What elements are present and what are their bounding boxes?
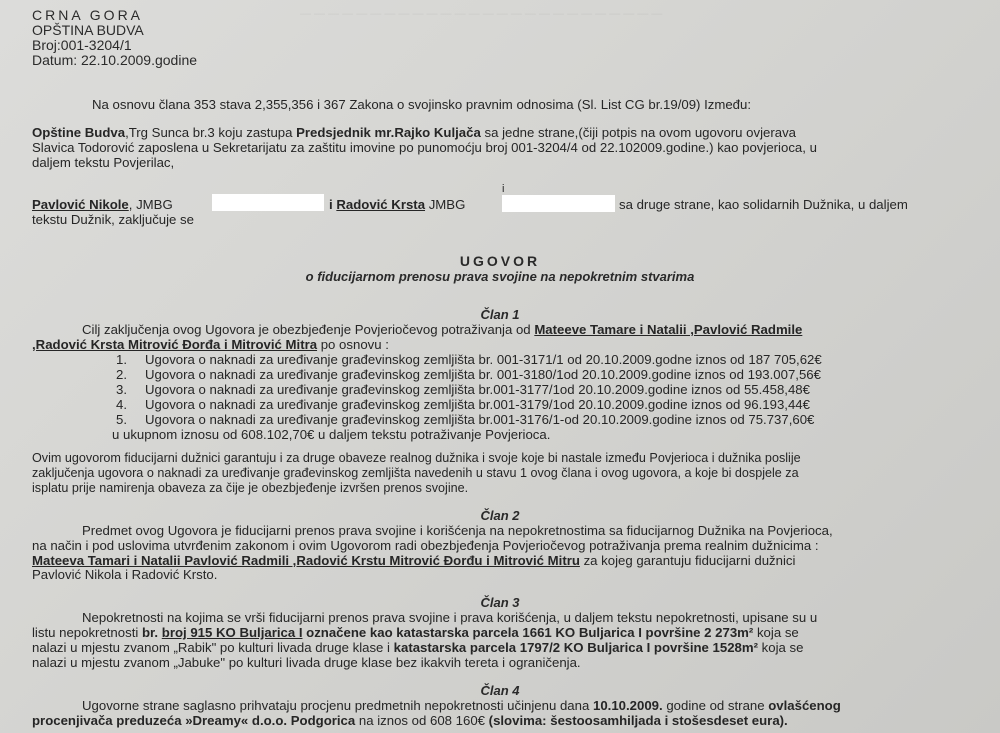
list-item: Ugovora o naknadi za uređivanje građevin… (145, 367, 821, 382)
clan2-line1: Predmet ovog Ugovora je fiducijarni pren… (82, 523, 833, 538)
clan4-line1: Ugovorne strane saglasno prihvataju proc… (82, 698, 841, 713)
clan4-line2: procenjivača preduzeća »Dreamy« d.o.o. P… (32, 713, 788, 728)
clan3-line3: nalazi u mjestu zvanom „Rabik" po kultur… (32, 640, 803, 655)
header-municipality: OPŠTINA BUDVA (32, 23, 144, 38)
clan1-para2-line2: zaključenja ugovora o naknadi za uređiva… (32, 466, 799, 481)
header-number: Broj:001-3204/1 (32, 38, 132, 53)
debtor2-name: Radović Krsta (336, 197, 425, 212)
redacted-jmbg-2 (502, 195, 615, 212)
redacted-jmbg-1 (212, 194, 324, 211)
clan1-para2-line3: isplatu prije namirenja obaveza za čije … (32, 481, 468, 496)
contract-subtitle: o fiducijarnom prenosu prava svojine na … (0, 269, 1000, 284)
clan2-heading: Član 2 (0, 508, 1000, 523)
party1-line3: daljem tekstu Povjerilac, (32, 155, 174, 170)
clan3-line1: Nepokretnosti na kojima se vrši fiducija… (82, 610, 817, 625)
party2-line1-rest: sa druge strane, kao solidarnih Dužnika,… (619, 197, 908, 212)
valuation-amount: na iznos od 608 160€ (355, 713, 488, 728)
parcel-1797-2: katastarska parcela 1797/2 KO Buljarica … (394, 640, 758, 655)
clan2-debtors: Mateeva Tamari i Natalii Pavlović Radmil… (32, 553, 580, 568)
bleed-through-text: ― ― ― ― ― ― ― ― ― ― ― ― ― ― ― ― ― ― ― ― … (300, 8, 662, 20)
list-item: Ugovora o naknadi za uređivanje građevin… (145, 352, 822, 367)
clan1-intro: Cilj zaključenja ovog Ugovora je obezbje… (82, 322, 802, 337)
clan2-line3: Mateeva Tamari i Natalii Pavlović Radmil… (32, 553, 795, 568)
clan4-heading: Član 4 (0, 683, 1000, 698)
list-item-number: 3. (116, 382, 127, 397)
list-item-number: 2. (116, 367, 127, 382)
clan2-line4: Pavlović Nikola i Radović Krsto. (32, 567, 217, 582)
party1-line2: Slavica Todorović zaposlena u Sekretarij… (32, 140, 817, 155)
list-item: Ugovora o naknadi za uređivanje građevin… (145, 412, 814, 427)
amount-in-words: (slovima: šestoosamhiljada i stošesdeset… (489, 713, 788, 728)
list-item: Ugovora o naknadi za uređivanje građevin… (145, 382, 810, 397)
list-item-number: 5. (116, 412, 127, 427)
clan1-heading: Član 1 (0, 307, 1000, 322)
party2-line2: tekstu Dužnik, zaključuje se (32, 212, 194, 227)
clan1-total: u ukupnom iznosu od 608.102,70€ u daljem… (112, 427, 550, 442)
contract-title: UGOVOR (0, 253, 1000, 269)
clan3-line4: nalazi u mjestu zvanom „Jabuke" po kultu… (32, 655, 581, 670)
party1-name: Opštine Budva (32, 125, 125, 140)
party1-line1: Opštine Budva,Trg Sunca br.3 koju zastup… (32, 125, 972, 140)
list-item: Ugovora o naknadi za uređivanje građevin… (145, 397, 810, 412)
clan3-line2: listu nepokretnosti br. broj 915 KO Bulj… (32, 625, 799, 640)
list-item-number: 4. (116, 397, 127, 412)
preamble: Na osnovu člana 353 stava 2,355,356 i 36… (92, 97, 751, 112)
party1-representative: Predsjednik mr.Rajko Kuljača (296, 125, 481, 140)
valuation-date: 10.10.2009. (593, 698, 663, 713)
document-page: ― ― ― ― ― ― ― ― ― ― ― ― ― ― ― ― ― ― ― ― … (0, 0, 1000, 733)
appraiser-name: procenjivača preduzeća »Dreamy« d.o.o. P… (32, 713, 355, 728)
clan3-heading: Član 3 (0, 595, 1000, 610)
property-sheet-ref: broj 915 KO Buljarica I (162, 625, 303, 640)
clan1-para2-line1: Ovim ugovorom fiducijarni dužnici garant… (32, 451, 801, 466)
clan1-debtors-1: Mateeve Tamare i Natalii ,Pavlović Radmi… (534, 322, 802, 337)
clan1-debtors-2: ,Radović Krsta Mitrović Đorđa i Mitrović… (32, 337, 317, 352)
clan1-intro-2: ,Radović Krsta Mitrović Đorđa i Mitrović… (32, 337, 389, 352)
party2-mid: i Radović Krsta JMBG (329, 197, 465, 212)
list-item-number: 1. (116, 352, 127, 367)
header-date: Datum: 22.10.2009.godine (32, 53, 197, 68)
parcel-1661: označene kao katastarska parcela 1661 KO… (302, 625, 753, 640)
clan2-line2: na način i pod uslovima utvrđenim zakono… (32, 538, 819, 553)
debtor1-name: Pavlović Nikole (32, 197, 129, 212)
header-country: CRNA GORA (32, 8, 143, 23)
party2-line1: Pavlović Nikole, JMBG (32, 197, 173, 212)
